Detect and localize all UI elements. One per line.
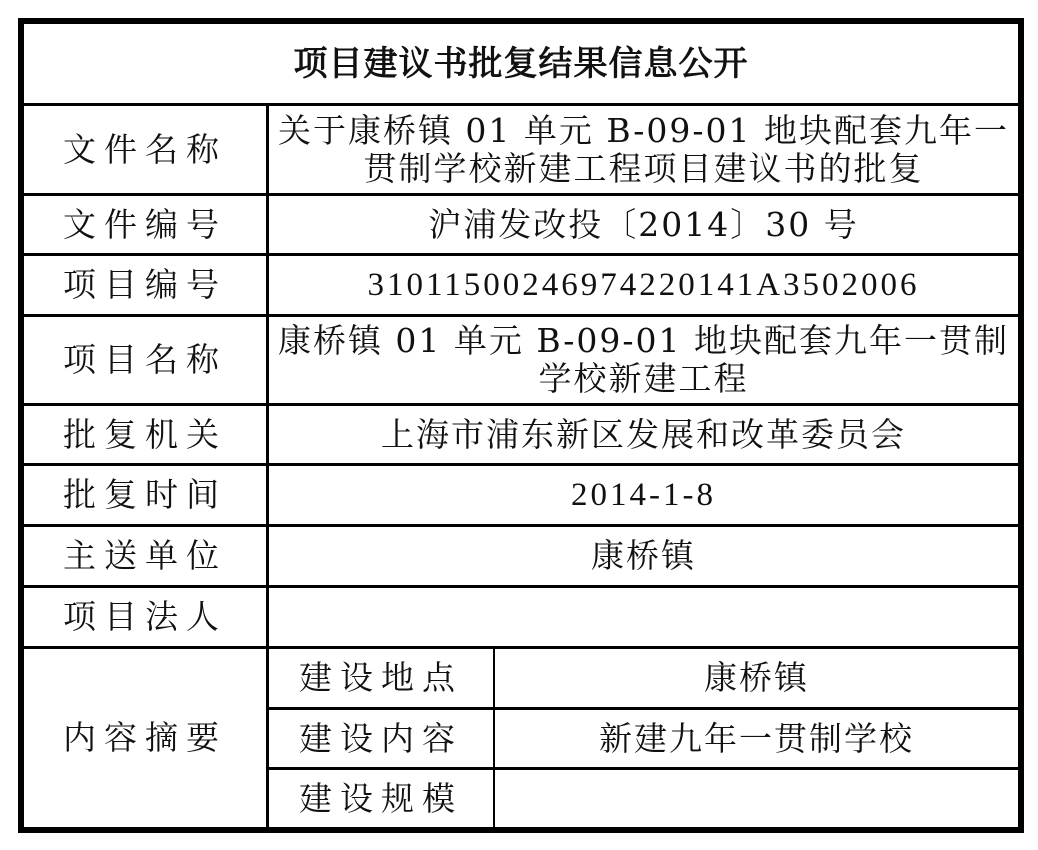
value-recipient: 康桥镇: [269, 527, 1018, 585]
label-content-summary: 内容摘要: [24, 649, 266, 827]
label-file-name: 文件名称: [24, 106, 266, 193]
label-project-number: 项目编号: [24, 256, 266, 314]
label-recipient: 主送单位: [24, 527, 266, 585]
value-project-number: 31011500246974220141A3502006: [269, 256, 1018, 314]
value-approval-date: 2014-1-8: [269, 466, 1018, 524]
value-construction-scale: [495, 770, 1018, 827]
value-file-name-line1: 关于康桥镇 01 单元 B-09-01 地块配套九年一: [278, 112, 1009, 150]
label-approval-authority: 批复机关: [24, 406, 266, 463]
label-construction-site: 建设地点: [269, 649, 493, 707]
value-approval-authority: 上海市浦东新区发展和改革委员会: [269, 406, 1018, 463]
value-project-name-line2: 学校新建工程: [539, 360, 749, 398]
label-construction-content: 建设内容: [269, 710, 493, 767]
label-project-name: 项目名称: [24, 317, 266, 403]
value-project-name-line1: 康桥镇 01 单元 B-09-01 地块配套九年一贯制: [278, 322, 1009, 360]
value-construction-content: 新建九年一贯制学校: [495, 710, 1018, 767]
label-approval-date: 批复时间: [24, 466, 266, 524]
value-construction-site: 康桥镇: [495, 649, 1018, 707]
value-project-name: 康桥镇 01 单元 B-09-01 地块配套九年一贯制 学校新建工程: [269, 317, 1018, 403]
value-project-legal-entity: [269, 588, 1018, 646]
value-file-number: 沪浦发改投〔2014〕30 号: [269, 196, 1018, 253]
label-file-number: 文件编号: [24, 196, 266, 253]
document-title: 项目建议书批复结果信息公开: [24, 24, 1018, 103]
value-file-name-line2: 贯制学校新建工程项目建议书的批复: [364, 150, 924, 188]
info-disclosure-table: 项目建议书批复结果信息公开 文件名称 关于康桥镇 01 单元 B-09-01 地…: [18, 18, 1024, 833]
label-project-legal-entity: 项目法人: [24, 588, 266, 646]
value-file-name: 关于康桥镇 01 单元 B-09-01 地块配套九年一 贯制学校新建工程项目建议…: [269, 106, 1018, 193]
label-construction-scale: 建设规模: [269, 770, 493, 827]
